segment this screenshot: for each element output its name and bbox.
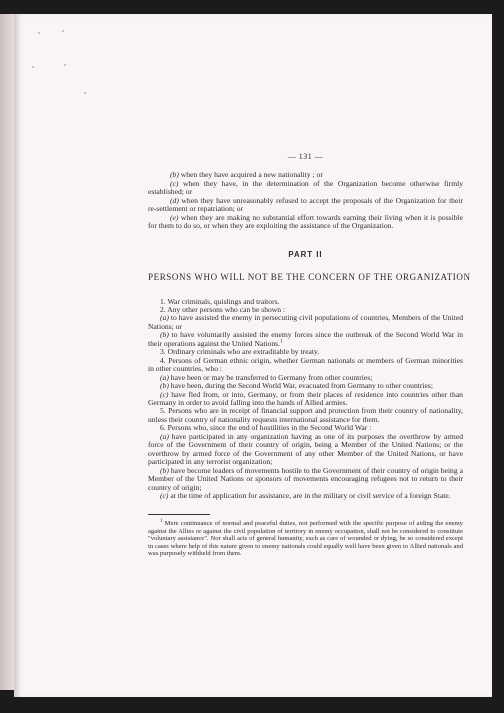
- clause-label: (c): [160, 491, 168, 500]
- page-content: — 131 — (b) when they have acquired a ne…: [148, 153, 463, 558]
- clause-text: have participated in any organization ha…: [148, 432, 463, 466]
- section-heading: PERSONS WHO WILL NOT BE THE CONCERN OF T…: [148, 273, 463, 281]
- clause-text: at the time of application for assistanc…: [170, 491, 450, 500]
- page-number: — 131 —: [148, 153, 463, 161]
- sub-clause: (b) have become leaders of movements hos…: [148, 467, 463, 492]
- clause-text: to have assisted the enemy in persecutin…: [148, 313, 463, 330]
- list-item: (c) when they have, in the determination…: [148, 180, 463, 197]
- paper-speck: [38, 32, 40, 34]
- sub-clause: (b) to have voluntarily assisted the ene…: [148, 331, 463, 348]
- continued-items: (b) when they have acquired a new nation…: [148, 171, 463, 230]
- sub-clause: (a) to have assisted the enemy in persec…: [148, 314, 463, 331]
- item-text: when they have unreasonably refused to a…: [148, 196, 463, 213]
- footnote: 1 Mere continuance of normal and peacefu…: [148, 520, 463, 558]
- clause-text: Persons of German ethnic origin, whether…: [148, 356, 463, 373]
- paper-speck: [84, 92, 86, 94]
- footnote-marker: 1: [160, 519, 163, 524]
- footnote-divider: [148, 514, 210, 515]
- clause: 4. Persons of German ethnic origin, whet…: [148, 357, 463, 374]
- paper-speck: [64, 64, 66, 66]
- item-text: when they are making no substantial effo…: [148, 213, 463, 230]
- clause-text: have fled from, or into, Germany, or fro…: [148, 390, 463, 407]
- footnote-text: Mere continuance of normal and peaceful …: [148, 520, 463, 557]
- clause-text: Persons who are in receipt of financial …: [148, 406, 463, 423]
- sub-clause: (a) have participated in any organizatio…: [148, 433, 463, 467]
- sub-clause: (c) have fled from, or into, Germany, or…: [148, 391, 463, 408]
- paper-speck: [62, 30, 64, 32]
- paper-speck: [32, 66, 34, 68]
- clause-text: have become leaders of movements hostile…: [148, 466, 463, 492]
- part-title: PART II: [148, 251, 463, 259]
- clause: 5. Persons who are in receipt of financi…: [148, 407, 463, 424]
- list-item: (d) when they have unreasonably refused …: [148, 197, 463, 214]
- clause-text: to have voluntarily assisted the enemy f…: [148, 330, 463, 347]
- clauses: 1. War criminals, quislings and traitors…: [148, 298, 463, 501]
- list-item: (e) when they are making no substantial …: [148, 214, 463, 231]
- item-text: when they have, in the determination of …: [148, 179, 463, 196]
- footnote-ref: 1: [280, 339, 283, 344]
- sub-clause: (c) at the time of application for assis…: [148, 492, 463, 500]
